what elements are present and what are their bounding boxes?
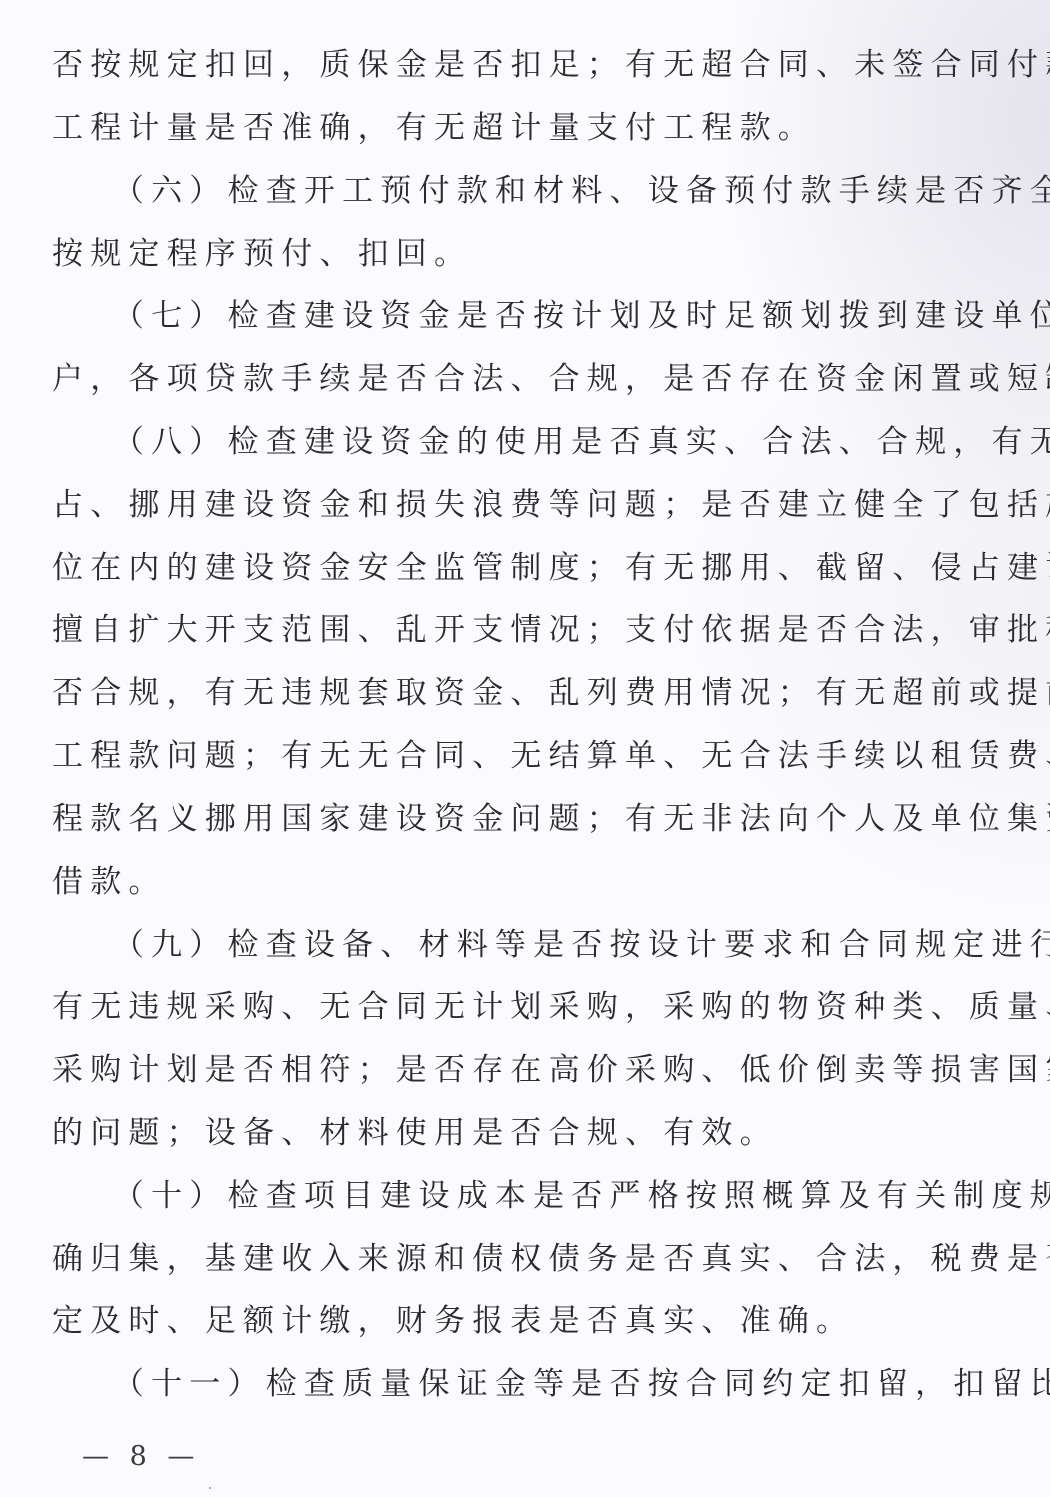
text-line: 按规定程序预付、扣回。	[52, 234, 997, 274]
text-line: 定及时、足额计缴，财务报表是否真实、准确。	[52, 1301, 997, 1341]
text-line: 程款名义挪用国家建设资金问题；有无非法向个人及单位集资、	[52, 799, 997, 839]
text-line: 擅自扩大开支范围、乱开支情况；支付依据是否合法，审批程序是	[52, 610, 997, 650]
paragraph-start-line: （十一）检查质量保证金等是否按合同约定扣留，扣留比例、金	[52, 1364, 997, 1404]
text-line: 位在内的建设资金安全监管制度；有无挪用、截留、侵占建设资金，	[52, 548, 997, 588]
text-line: 否合规，有无违规套取资金、乱列费用情况；有无超前或提前支付	[52, 673, 997, 713]
scan-speck	[209, 1487, 211, 1489]
document-page: 否按规定扣回，质保金是否扣足；有无超合同、未签合同付款情况； 工程计量是否准确，…	[0, 0, 1050, 1497]
paragraph-start-line: （六）检查开工预付款和材料、设备预付款手续是否齐全，是否	[52, 171, 997, 211]
text-line: 确归集，基建收入来源和债权债务是否真实、合法，税费是否按规	[52, 1239, 997, 1279]
paragraph-start-line: （八）检查建设资金的使用是否真实、合法、合规，有无转移、侵	[52, 422, 997, 462]
text-line: 的问题；设备、材料使用是否合规、有效。	[52, 1113, 997, 1153]
text-line: 户，各项贷款手续是否合法、合规，是否存在资金闲置或短缺现象。	[52, 359, 997, 399]
text-line: 否按规定扣回，质保金是否扣足；有无超合同、未签合同付款情况；	[52, 45, 997, 85]
page-number: — 8 —	[82, 1440, 200, 1474]
text-line: 有无违规采购、无合同无计划采购，采购的物资种类、质量、数量与	[52, 987, 997, 1027]
paragraph-start-line: （十）检查项目建设成本是否严格按照概算及有关制度规定正	[52, 1176, 997, 1216]
text-line: 工程计量是否准确，有无超计量支付工程款。	[52, 108, 997, 148]
text-line: 采购计划是否相符；是否存在高价采购、低价倒卖等损害国家利益	[52, 1050, 997, 1090]
text-line: 占、挪用建设资金和损失浪费等问题；是否建立健全了包括施工单	[52, 485, 997, 525]
text-line: 借款。	[52, 862, 997, 902]
text-line: 工程款问题；有无无合同、无结算单、无合法手续以租赁费、分包工	[52, 736, 997, 776]
paragraph-start-line: （九）检查设备、材料等是否按设计要求和合同规定进行采购，	[52, 925, 997, 965]
paragraph-start-line: （七）检查建设资金是否按计划及时足额划拨到建设单位账	[52, 296, 997, 336]
